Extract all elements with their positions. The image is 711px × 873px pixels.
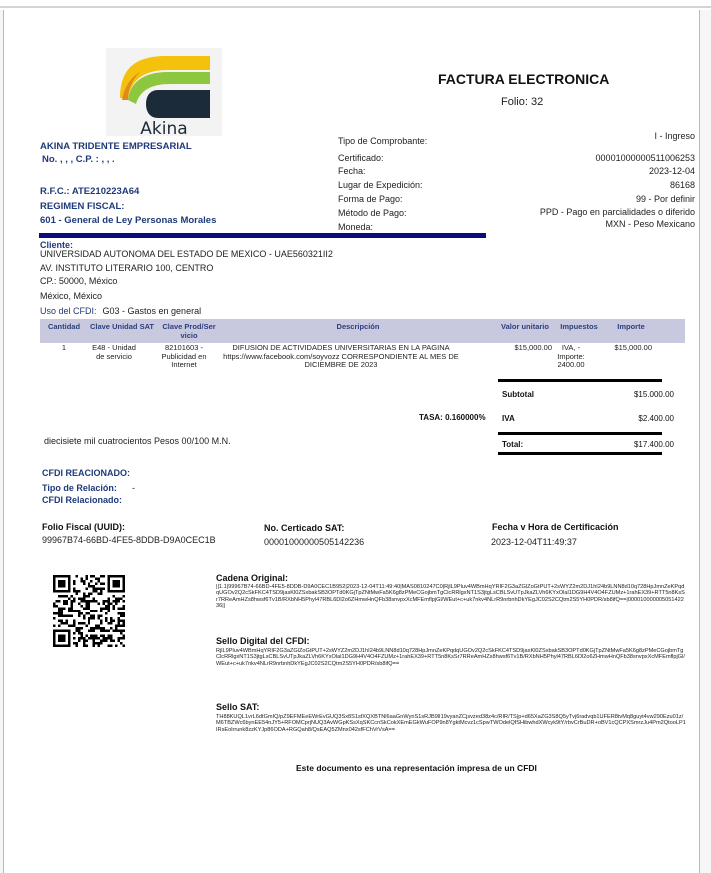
item-prodserv: 82101603 - Publicidad en Internet (158, 344, 210, 370)
tasa-value: TASA: 0.160000% (419, 413, 486, 422)
certificado-value: 00001000000511006253 (596, 153, 695, 163)
cadena-original-text: ||1.1|99967B74-66BD-4FE5-8DDB-D9A0CEC1B9… (216, 584, 686, 610)
viewer-top-border (0, 0, 711, 8)
uuid-label: Folio Fiscal (UUID): (42, 522, 125, 532)
metodo-pago-label: Método de Pago: (338, 208, 407, 218)
item-importe: $15,000.00 (602, 344, 652, 353)
viewer-scrollbar[interactable] (699, 10, 711, 873)
fecha-value: 2023-12-04 (649, 166, 695, 176)
col-impuestos: Impuestos (554, 322, 604, 331)
col-clave-prodserv: Clave Prod/Ser vicio (158, 322, 220, 340)
item-cantidad: 1 (56, 344, 72, 353)
sello-sat-label: Sello SAT: (216, 702, 259, 712)
col-valor-unitario: Valor unitario (494, 322, 556, 331)
cadena-original-label: Cadena Original: (216, 573, 288, 583)
iva-label: IVA (502, 414, 515, 423)
uuid-value: 99967B74-66BD-4FE5-8DDB-D9A0CEC1B (42, 535, 216, 545)
importe-con-letra: diecisiete mil cuatrocientos Pesos 00/10… (44, 436, 231, 446)
certificado-label: Certificado: (338, 153, 384, 163)
items-table-header: Cantidad Clave Unidad SAT Clave Prod/Ser… (40, 319, 685, 343)
document-title: FACTURA ELECTRONICA (438, 71, 609, 87)
lugar-expedicion-label: Lugar de Expedición: (338, 180, 423, 190)
moneda-value: MXN - Peso Mexicano (605, 219, 695, 229)
col-importe: Importe (608, 322, 654, 331)
cliente-city: México, México (40, 291, 102, 301)
cfdi-relacionado-label: CFDI Relacionado: (42, 495, 122, 505)
svg-text:Akina: Akina (140, 119, 187, 136)
totals-mid-rule (498, 432, 662, 435)
total-label: Total: (502, 440, 523, 449)
forma-pago-value: 99 - Por definir (636, 194, 695, 204)
sello-cfdi-text: RjlL9Pluv4WBmHqYRIF2G3aZGlZoGtPUT+2sWYZ2… (216, 648, 686, 667)
fecha-certificacion-value: 2023-12-04T11:49:37 (491, 537, 577, 547)
emisor-regimen-label: REGIMEN FISCAL: (40, 201, 124, 212)
item-unidad: E48 - Unidad de servicio (88, 344, 140, 361)
tipo-relacion-label: Tipo de Relación: (42, 483, 117, 493)
iva-value: $2.400.00 (638, 414, 674, 423)
qr-code-icon (53, 575, 125, 647)
emisor-name: AKINA TRIDENTE EMPRESARIAL (40, 141, 192, 152)
item-valor-unitario: $15,000.00 (500, 344, 552, 353)
folio-number: Folio: 32 (501, 96, 543, 108)
tipo-comprobante-label: Tipo de Comprobante: (338, 136, 427, 146)
moneda-label: Moneda: (338, 222, 373, 232)
fecha-certificacion-label: Fecha v Hora de Certificación (492, 522, 619, 532)
emisor-address: No. , , , C.P. : , , . (42, 154, 115, 165)
akina-logo-icon: Akina (106, 48, 222, 136)
sello-sat-text: TH88KUQL1vrL6dtGmIQ/pZ9EFMEeEWrEvGUQ3Sx8… (216, 714, 686, 733)
tipo-comprobante-value: I - Ingreso (654, 131, 695, 141)
uso-cfdi-value: G03 - Gastos en general (103, 306, 202, 316)
col-descripcion: Descripción (240, 322, 476, 331)
cliente-address: AV. INSTITUTO LITERARIO 100, CENTRO (40, 263, 213, 273)
metodo-pago-value: PPD - Pago en parcialidades o diferido (540, 207, 695, 217)
col-cantidad: Cantidad (44, 322, 84, 331)
uso-cfdi: Uso del CFDI:G03 - Gastos en general (40, 306, 201, 316)
col-clave-unidad: Clave Unidad SAT (86, 322, 158, 331)
fecha-label: Fecha: (338, 166, 366, 176)
forma-pago-label: Forma de Pago: (338, 194, 403, 204)
footer-note: Este documento es una representación imp… (296, 763, 537, 773)
cliente-cp: CP.: 50000, México (40, 276, 117, 286)
uso-cfdi-label: Uso del CFDI: (40, 306, 97, 316)
emisor-rfc: R.F.C.: ATE210223A64 (40, 186, 139, 197)
cliente-name: UNIVERSIDAD AUTONOMA DEL ESTADO DE MEXIC… (40, 249, 333, 259)
sello-cfdi-label: Sello Digital del CFDI: (216, 636, 310, 646)
cert-sat-value: 00001000000505142236 (264, 537, 364, 547)
totals-bottom-rule (498, 452, 662, 455)
cfdi-relacionado-title: CFDI REACIONADO: (42, 468, 130, 478)
section-divider-bar (39, 233, 486, 238)
company-logo: Akina (106, 48, 222, 136)
tipo-relacion-value: - (132, 483, 135, 493)
total-value: $17.400.00 (634, 440, 674, 449)
viewer-left-edge (0, 10, 4, 873)
lugar-expedicion-value: 86168 (670, 180, 695, 190)
item-impuestos: IVA, - Importe: 2400.00 (554, 344, 588, 370)
subtotal-value: $15.000.00 (634, 390, 674, 399)
emisor-regimen: 601 - General de Ley Personas Morales (40, 215, 216, 226)
cert-sat-label: No. Certicado SAT: (264, 523, 344, 533)
item-descripcion: DIFUSION DE ACTIVIDADES UNIVERSITARIAS E… (222, 344, 460, 370)
totals-top-rule (498, 379, 662, 382)
subtotal-label: Subtotal (502, 390, 534, 399)
